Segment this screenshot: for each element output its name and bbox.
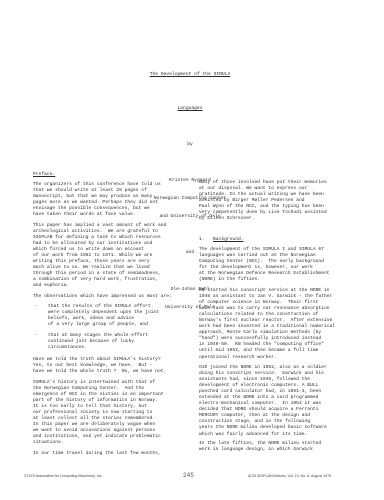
by-label: by [130,142,250,148]
preface-paragraph-3: The observations which have impressed us… [33,294,172,300]
background-paragraph-1: The development of the SIMULA I and SIMU… [199,247,330,283]
preface-paragraph-2: This paper has implied a vast amount of … [33,223,166,290]
preface-paragraph-5: SIMULA's history is intertwined with tha… [33,380,164,447]
footer-journal: ACM SIGPLAN Notices, Vol. 13, No. 8, Aug… [248,474,331,478]
paper-title-line2: Languages [130,106,250,112]
paper-title-line1: The Development of the SIMULA [130,72,250,78]
preface-paragraph-1: The organizers of this conference have t… [33,182,161,218]
preface-heading: Preface. [33,172,55,178]
background-paragraph-4: In the late fifties, the NDRE milieu sta… [199,441,321,453]
background-paragraph-2: KN started his conscript service at the … [199,288,335,361]
page-number: 245 [183,472,194,479]
background-paragraph-3: OJD joined the NDRE in 1952, also as a s… [199,365,327,438]
bullet-dash-2: - [35,333,38,339]
bullet-dash-1: - [35,304,38,310]
footer-copyright: ©1978 Association for Computing Machiner… [24,474,103,478]
bullet-item-1: that the results of the SIMULA effort we… [48,304,159,328]
section-heading-background: Background. [213,237,244,243]
section-number: 1. [199,237,205,243]
bullet-item-2: that at many stages the whole effort con… [48,333,148,351]
preface-paragraph-6: In our time travel during the last few m… [33,451,161,457]
preface-paragraph-4: Have we told the truth about SIMULA's hi… [33,357,166,375]
preface-continued-paragraph: many of those involved have put their me… [199,180,327,222]
